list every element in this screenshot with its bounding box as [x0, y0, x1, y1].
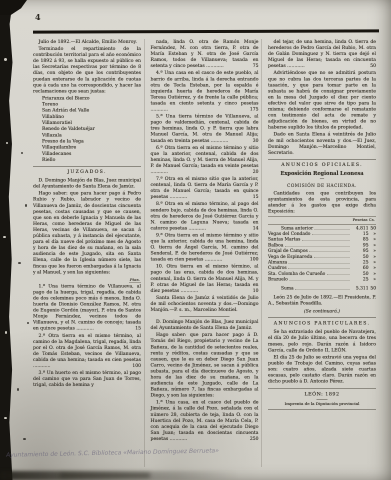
- contributions-table: Pesetas Cs.Suma anterior4.81150Vegas del…: [268, 216, 376, 291]
- repartimiento-notice: Terminado el repartimiento de la contrib…: [33, 46, 141, 94]
- price-value: 14: [247, 225, 258, 231]
- scan-film-speck: [5, 331, 7, 334]
- date-signature-line: León 25 de Julio de 1892.—El Presidente,…: [268, 295, 376, 307]
- scan-film-speck: [4, 417, 7, 419]
- auction-lot-item: 1.ª Una tierra término de Villanueva, al…: [33, 283, 141, 331]
- scan-film-speck: [6, 142, 8, 144]
- auction-notice-body: Hago saber: que para hacer pago á Pedro …: [33, 191, 141, 276]
- notice-signature: Dado en Santa Elena á veintitrés de Juli…: [268, 132, 376, 156]
- auction-lot-item: 8.ª Otra en el mismo término, al pago de…: [151, 201, 259, 231]
- dotted-leader: [312, 234, 350, 235]
- masthead-rule: [33, 29, 379, 34]
- text-column-middle: nada, linda O. otra de Ramón Monje Ferná…: [144, 39, 262, 467]
- pesetas-value: 25: [352, 277, 369, 283]
- town-name: Riello: [42, 157, 141, 163]
- imprint-ornament: [317, 399, 328, 400]
- anuncios-particulares-header: ANUNCIOS PARTICULARES.: [268, 321, 376, 327]
- scan-film-edge: [0, 0, 13, 480]
- table-unit-header: Pesetas Cs.: [268, 216, 376, 224]
- price-value: 250: [244, 436, 258, 442]
- auction-lot-item: 6.ª Otra tierra en el mismo término y si…: [151, 145, 259, 175]
- auction-notice-body: Hago saber: que para hacer pago á D. Tom…: [151, 332, 259, 399]
- dotted-leader: [314, 257, 350, 258]
- auction-lot-item: 5.ª Una tierra término de Villanueva, al…: [151, 114, 259, 144]
- pesetas-column-label: Ptas.: [33, 276, 141, 282]
- scan-corner-artifact: [0, 0, 27, 15]
- notice-divider: [180, 316, 230, 317]
- section-divider: [33, 166, 141, 167]
- table-row: Suma5.31150: [268, 286, 376, 292]
- imprint-box: LEÓN: 1892Imprenta de la Diputación prov…: [268, 389, 376, 410]
- auction-conditions: Advirtiéndose que no se admitirá postura…: [268, 70, 376, 130]
- auction-lot-item-end: del tejar, de una hemina, linda O. tierr…: [268, 39, 376, 69]
- price-value: 100: [127, 363, 141, 369]
- section-divider: [268, 318, 376, 319]
- cents-value: 50: [369, 286, 377, 292]
- dotted-leader: [302, 240, 350, 241]
- auction-lot-item-end: nada, linda O. otra de Ramón Monje Ferná…: [151, 39, 259, 69]
- alcaldia-closing-line: Julio de 1892.—El Alcalde, Emilio Monroy…: [33, 39, 141, 45]
- price-value: 15: [247, 194, 258, 200]
- auction-lot-item: 7.ª Otra en el mismo sitio que la anteri…: [151, 176, 259, 200]
- auction-lot-item-continued: 3.ª Un huerto en el mismo término, al pa…: [33, 370, 141, 388]
- se-continuara-note: (Se continuará.): [268, 309, 376, 315]
- dotted-leader: [309, 252, 350, 253]
- auction-lot-item: 1.ª Una casa, en el casco del pueblo de …: [151, 400, 259, 442]
- auction-lot-item: 2.ª Otra tierra en el mismo término, al …: [33, 333, 141, 369]
- ornament-dash: —: [268, 177, 376, 181]
- cents-value: »: [369, 277, 377, 283]
- dotted-leader: [289, 263, 350, 264]
- price-value: 75: [247, 63, 258, 69]
- price-value: 15: [130, 326, 141, 332]
- municipality-list: Priaranza del BierzoTorenoSan Adrián del…: [42, 95, 141, 163]
- table-row-label: Brazuelo: [268, 277, 288, 283]
- scan-speck: [25, 204, 27, 207]
- judicial-notice-heading: D. Domingo Manjón de Blas, Juez municipa…: [33, 178, 141, 190]
- comision-subheader: COMISIÓN DE HACIENDA.: [268, 182, 376, 188]
- scan-bottom-smudge: [60, 473, 150, 478]
- dotted-leader: [285, 246, 350, 247]
- price-value: 10: [247, 288, 258, 294]
- contributions-intro: Cantidades con que contribuyen los ayunt…: [268, 191, 376, 215]
- lost-animal-notice: El día 25 de Julio se extravió una yegua…: [268, 354, 376, 384]
- scan-speck: [17, 388, 19, 391]
- price-value: 20: [247, 169, 258, 175]
- text-column-left: Julio de 1892.—El Alcalde, Emilio Monroy…: [33, 39, 144, 467]
- price-value: 175: [244, 107, 258, 113]
- dotted-leader: [327, 274, 350, 275]
- auction-lot-item: 9.ª Otra tierra en el mismo término y si…: [151, 232, 259, 262]
- juzgados-section-header: JUZGADOS.: [33, 169, 141, 175]
- dotted-leader: [295, 289, 350, 290]
- dotted-leader: [315, 229, 350, 230]
- price-value: 30: [247, 138, 258, 144]
- judicial-notice-heading: D. Domingo Manjón de Blas, Juez municipa…: [151, 319, 259, 331]
- price-value: 100: [244, 257, 258, 263]
- scan-speck: [21, 152, 23, 154]
- auction-lot-item: 4.ª Una casa en el casco de este pueblo,…: [151, 70, 259, 112]
- notice-signature: Santa Elena de Jamúz á veintidós de Juli…: [151, 295, 259, 313]
- price-value: 50: [365, 63, 376, 69]
- table-row-label: Suma: [281, 286, 294, 292]
- pesetas-label-text: Ptas.: [129, 277, 141, 283]
- anuncios-oficiales-header: ANUNCIOS OFICIALES.: [268, 162, 376, 168]
- page-number: 4: [35, 12, 41, 22]
- lost-animal-notice: Se ha extraviado del pueblo de Navatejer…: [268, 329, 376, 353]
- page-body: Julio de 1892.—El Alcalde, Emilio Monroy…: [33, 39, 379, 467]
- section-divider: [268, 159, 376, 160]
- dotted-leader: [288, 269, 350, 270]
- text-column-right: del tejar, de una hemina, linda O. tierr…: [262, 39, 380, 467]
- scanned-bulletin-page: { "page": { "number": "4", "watermark": …: [0, 0, 391, 480]
- scan-film-speck: [4, 58, 7, 61]
- imprint-city-year: LEÓN: 1892: [268, 392, 376, 398]
- scan-speck: [23, 438, 26, 440]
- imprint-printer-line: Imprenta de la Diputación provincial: [268, 401, 376, 407]
- auction-lot-item: 10. Otra tierra en el mismo término, al …: [151, 264, 259, 294]
- scan-speck: [18, 262, 21, 264]
- scan-speck: [27, 322, 29, 324]
- scan-film-speck: [3, 236, 6, 238]
- table-row: Brazuelo25»: [268, 277, 376, 283]
- pesetas-value: 5.311: [352, 286, 369, 292]
- dotted-leader: [289, 280, 350, 281]
